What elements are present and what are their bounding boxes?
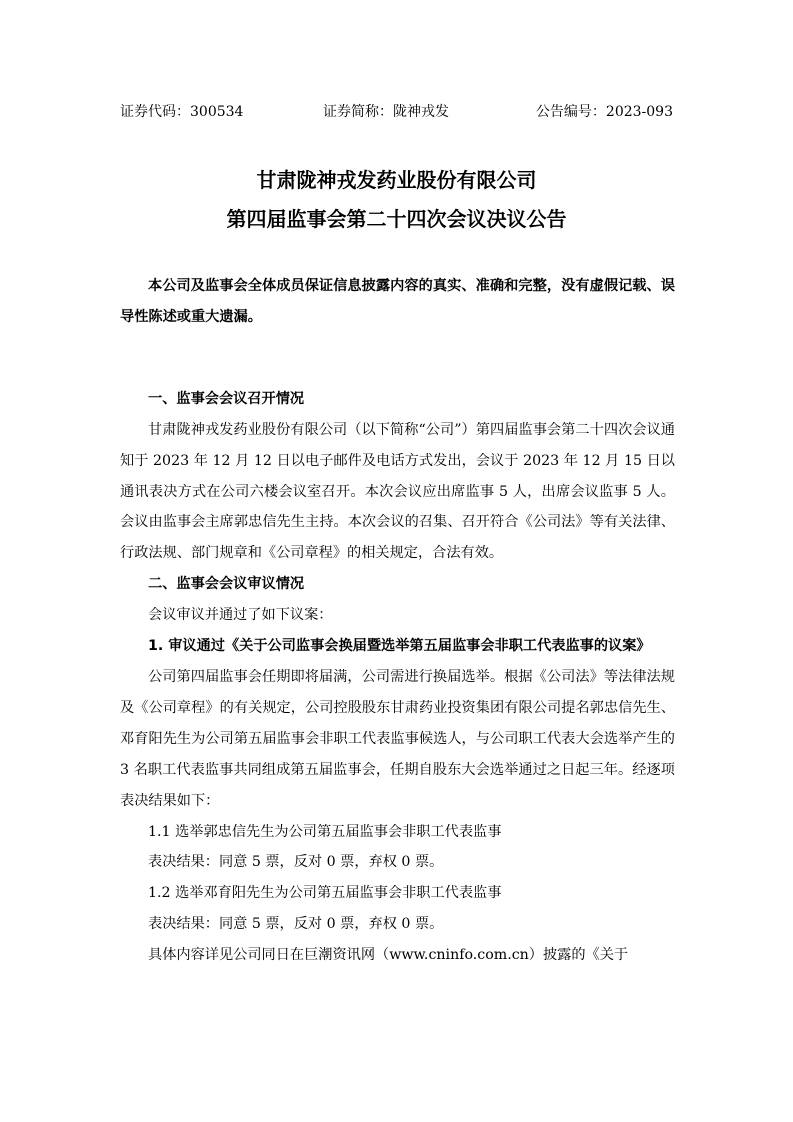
document-page: 证券代码：300534 证券简称：陇神戎发 公告编号：2023-093 甘肃陇神… (0, 0, 793, 1122)
meeting-convening-paragraph: 甘肃陇神戎发药业股份有限公司（以下简称“公司”）第四届监事会第二十四次会议通知于… (120, 415, 675, 570)
vote-item-result: 表决结果：同意 5 票，反对 0 票，弃权 0 票。 (120, 909, 675, 940)
disclosure-statement: 本公司及监事会全体成员保证信息披露内容的真实、准确和完整，没有虚假记载、误导性陈… (120, 271, 675, 333)
announcement-title: 第四届监事会第二十四次会议决议公告 (0, 204, 793, 234)
section-heading-meeting-review: 二、监事会会议审议情况 (120, 569, 675, 600)
vote-item-result: 表决结果：同意 5 票，反对 0 票，弃权 0 票。 (120, 847, 675, 878)
announcement-number: 公告编号：2023-093 (536, 101, 673, 123)
stock-abbreviation: 证券简称：陇神戎发 (323, 101, 449, 123)
document-body: 本公司及监事会全体成员保证信息披露内容的真实、准确和完整，没有虚假记载、误导性陈… (120, 271, 675, 971)
motion-1-title: 1. 审议通过《关于公司监事会换届暨选举第五届监事会非职工代表监事的议案》 (120, 631, 675, 662)
review-intro: 会议审议并通过了如下议案： (120, 600, 675, 631)
company-name-title: 甘肃陇神戎发药业股份有限公司 (0, 165, 793, 195)
motion-1-paragraph: 公司第四届监事会任期即将届满，公司需进行换届选举。根据《公司法》等法律法规及《公… (120, 662, 675, 817)
stock-code: 证券代码：300534 (120, 101, 243, 123)
details-reference: 具体内容详见公司同日在巨潮资讯网（www.cninfo.com.cn）披露的《关… (120, 940, 675, 971)
announcement-header: 证券代码：300534 证券简称：陇神戎发 公告编号：2023-093 (120, 101, 673, 123)
vote-item-label: 1.1 选举郭忠信先生为公司第五届监事会非职工代表监事 (120, 817, 675, 848)
vote-item-label: 1.2 选举邓育阳先生为公司第五届监事会非职工代表监事 (120, 878, 675, 909)
section-heading-meeting-convening: 一、监事会会议召开情况 (120, 384, 675, 415)
